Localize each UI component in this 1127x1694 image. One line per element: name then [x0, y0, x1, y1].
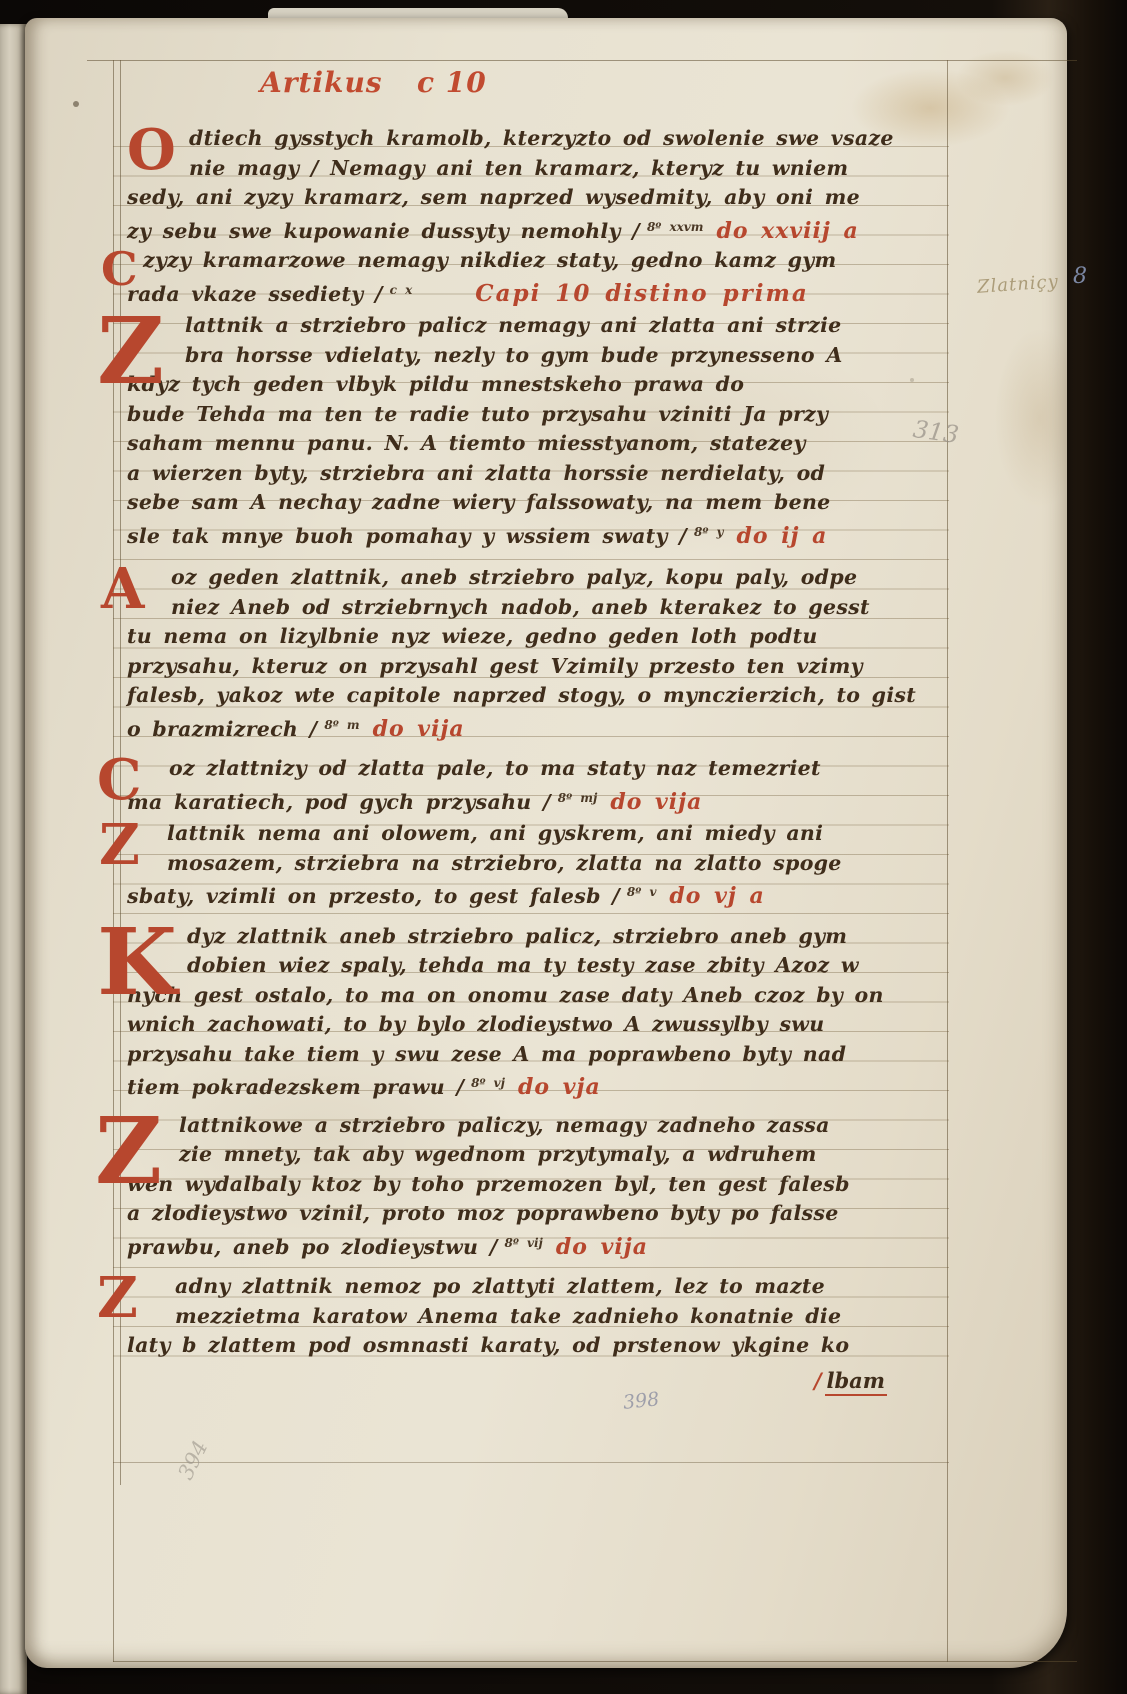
body-text: sebe sam A nechay zadne wiery falssowaty…	[127, 490, 831, 514]
illuminated-initial: K	[97, 916, 177, 1008]
paragraph: Zlattnik a strziebro palicz nemagy ani z…	[127, 311, 951, 547]
interlinear-note: c x	[390, 283, 413, 297]
under-page-edge	[0, 24, 27, 1694]
red-citation: do xxviij a	[716, 218, 858, 244]
body-text: tiem pokradezskem prawu /	[127, 1075, 464, 1099]
text-line: rada vkaze ssediety /c xCapi 10 distino …	[127, 276, 951, 306]
ink-speck	[73, 101, 79, 107]
body-text: bude Tehda ma ten te radie tuto przysahu…	[127, 402, 828, 426]
text-line: kdyz tych geden vlbyk pildu mnestskeho p…	[127, 370, 951, 400]
text-line: sbaty, vzimli on przesto, to gest falesb…	[127, 878, 951, 908]
paragraph: Zlattnik nema ani olowem, ani gyskrem, a…	[127, 819, 951, 908]
body-text: zyzy kramarzowe nemagy nikdiez staty, ge…	[143, 248, 837, 272]
pencil-number-bottom-center: 398	[622, 1388, 660, 1414]
frame-line-bottom	[113, 1661, 1077, 1662]
body-text: bra horsse vdielaty, nezly to gym bude p…	[185, 343, 843, 367]
red-citation: do vj a	[669, 883, 764, 909]
illuminated-initial: Z	[95, 1105, 162, 1197]
frame-line-lower	[113, 1462, 949, 1463]
body-text: kdyz tych geden vlbyk pildu mnestskeho p…	[127, 372, 744, 396]
illuminated-initial: Z	[97, 305, 164, 397]
interlinear-note: 8º m	[324, 718, 359, 732]
text-line: dtiech gysstych kramolb, kterzyzto od sw…	[127, 124, 951, 154]
body-text: dobien wiez spaly, tehda ma ty testy zas…	[187, 953, 859, 977]
text-line: sebe sam A nechay zadne wiery falssowaty…	[127, 488, 951, 518]
text-line: oz geden zlattnik, aneb strziebro palyz,…	[127, 563, 951, 593]
text-line: nie magy / Nemagy ani ten kramarz, ktery…	[127, 154, 951, 184]
body-text: mezzietma karatow Anema take zadnieho ko…	[175, 1304, 841, 1328]
body-text: nie magy / Nemagy ani ten kramarz, ktery…	[189, 156, 848, 180]
text-line: tu nema on lizylbnie nyz wieze, gedno ge…	[127, 622, 951, 652]
text-line: lattnik a strziebro palicz nemagy ani zl…	[127, 311, 951, 341]
catchword: /lbam	[127, 1366, 887, 1396]
red-citation: do vija	[373, 716, 465, 742]
body-text: a wierzen byty, strziebra ani zlatta hor…	[127, 461, 825, 485]
body-text: sbaty, vzimli on przesto, to gest falesb…	[127, 884, 620, 908]
body-text: przysahu take tiem y swu zese A ma popra…	[127, 1042, 846, 1066]
red-citation: do vija	[556, 1234, 648, 1260]
body-text: lattnikowe a strziebro paliczy, nemagy z…	[179, 1113, 830, 1137]
body-text: oz geden zlattnik, aneb strziebro palyz,…	[171, 565, 857, 589]
text-line: a zlodieystwo vzinil, proto moz poprawbe…	[127, 1199, 951, 1229]
body-text: prawbu, aneb po zlodieystwu /	[127, 1235, 498, 1259]
manuscript-photo: Artikus c 10 Odtiech gysstych kramolb, k…	[0, 0, 1127, 1694]
body-text: zy sebu swe kupowanie dussyty nemohly /	[127, 219, 640, 243]
body-text: dtiech gysstych kramolb, kterzyzto od sw…	[189, 126, 894, 150]
body-text: adny zlattnik nemoz po zlattyti zlattem,…	[175, 1274, 825, 1298]
text-line: mezzietma karatow Anema take zadnieho ko…	[127, 1302, 951, 1332]
text-line: przysahu take tiem y swu zese A ma popra…	[127, 1040, 951, 1070]
paragraph: Kdyz zlattnik aneb strziebro palicz, str…	[127, 922, 951, 1099]
text-line: sle tak mnye buoh pomahay y wssiem swaty…	[127, 518, 951, 548]
text-line: bra horsse vdielaty, nezly to gym bude p…	[127, 341, 951, 371]
illuminated-initial: C	[97, 752, 142, 808]
text-line: laty b zlattem pod osmnasti karaty, od p…	[127, 1331, 951, 1361]
ink-speck	[910, 378, 914, 382]
body-text: lattnik nema ani olowem, ani gyskrem, an…	[167, 821, 823, 845]
paragraph: Czyzy kramarzowe nemagy nikdiez staty, g…	[127, 246, 951, 305]
illuminated-initial: C	[101, 246, 138, 292]
paragraph: Coz zlattnizy od zlatta pale, to ma stat…	[127, 754, 951, 813]
body-text: rada vkaze ssediety /	[127, 282, 383, 306]
text-line: adny zlattnik nemoz po zlattyti zlattem,…	[127, 1272, 951, 1302]
body-text: oz zlattnizy od zlatta pale, to ma staty…	[169, 756, 821, 780]
paragraph: Zadny zlattnik nemoz po zlattyti zlattem…	[127, 1272, 951, 1361]
body-text: niez Aneb od strziebrnych nadob, aneb kt…	[171, 595, 870, 619]
body-text: saham mennu panu. N. A tiemto miesstyano…	[127, 431, 806, 455]
body-text: dyz zlattnik aneb strziebro palicz, strz…	[187, 924, 847, 948]
text-line: niez Aneb od strziebrnych nadob, aneb kt…	[127, 593, 951, 623]
paragraph: Aoz geden zlattnik, aneb strziebro palyz…	[127, 563, 951, 740]
text-line: lattnikowe a strziebro paliczy, nemagy z…	[127, 1111, 951, 1141]
illuminated-initial: Z	[97, 1270, 138, 1326]
body-text: wen wydalbaly ktoz by toho przemozen byl…	[127, 1172, 850, 1196]
illuminated-initial: A	[101, 561, 144, 617]
body-text: mosazem, strziebra na strziebro, zlatta …	[167, 851, 842, 875]
body-text: sle tak mnye buoh pomahay y wssiem swaty…	[127, 524, 687, 548]
illuminated-initial: Z	[99, 817, 140, 873]
red-citation: do vja	[518, 1074, 601, 1100]
text-line: falesb, yakoz wte capitole naprzed stogy…	[127, 681, 951, 711]
text-line: dobien wiez spaly, tehda ma ty testy zas…	[127, 951, 951, 981]
frame-line-top	[87, 60, 1077, 61]
text-line: zie mnety, tak aby wgednom przytymaly, a…	[127, 1140, 951, 1170]
red-citation: do ij a	[736, 523, 827, 549]
text-line: saham mennu panu. N. A tiemto miesstyano…	[127, 429, 951, 459]
body-text: laty b zlattem pod osmnasti karaty, od p…	[127, 1333, 849, 1357]
text-line: przysahu, kteruz on przysahl gest Vzimil…	[127, 652, 951, 682]
paragraph: Odtiech gysstych kramolb, kterzyzto od s…	[127, 124, 951, 242]
body-text: przysahu, kteruz on przysahl gest Vzimil…	[127, 654, 863, 678]
body-text: falesb, yakoz wte capitole naprzed stogy…	[127, 683, 916, 707]
body-text: tu nema on lizylbnie nyz wieze, gedno ge…	[127, 624, 818, 648]
text-line: nych gest ostalo, to ma on onomu zase da…	[127, 981, 951, 1011]
body-text: nych gest ostalo, to ma on onomu zase da…	[127, 983, 884, 1007]
text-line: a wierzen byty, strziebra ani zlatta hor…	[127, 459, 951, 489]
text-line: ma karatiech, pod gych przysahu /8º mjdo…	[127, 784, 951, 814]
text-line: zy sebu swe kupowanie dussyty nemohly /8…	[127, 213, 951, 243]
interlinear-note: 8º xxvm	[647, 220, 704, 234]
chapter-rubric: Capi 10 distino prima	[475, 280, 808, 307]
text-line: dyz zlattnik aneb strziebro palicz, strz…	[127, 922, 951, 952]
running-header-folio: c 10	[417, 66, 487, 99]
body-text: sedy, ani zyzy kramarz, sem naprzed wyse…	[127, 185, 860, 209]
text-line: bude Tehda ma ten te radie tuto przysahu…	[127, 400, 951, 430]
text-line: oz zlattnizy od zlatta pale, to ma staty…	[127, 754, 951, 784]
body-text: a zlodieystwo vzinil, proto moz poprawbe…	[127, 1201, 839, 1225]
text-line: o brazmizrech /8º mdo vija	[127, 711, 951, 741]
text-line: lattnik nema ani olowem, ani gyskrem, an…	[127, 819, 951, 849]
catchword-text: lbam	[825, 1368, 888, 1396]
margin-gloss: Zlatniçy	[976, 271, 1059, 298]
interlinear-note: 8º mj	[558, 791, 598, 805]
catchword-slash-mark: /	[814, 1368, 822, 1393]
body-text: o brazmizrech /	[127, 717, 317, 741]
text-line: zyzy kramarzowe nemagy nikdiez staty, ge…	[127, 246, 951, 276]
text-line: sedy, ani zyzy kramarz, sem naprzed wyse…	[127, 183, 951, 213]
body-text: lattnik a strziebro palicz nemagy ani zl…	[185, 313, 842, 337]
margin-gloss-number: 8	[1073, 264, 1087, 289]
interlinear-note: 8º y	[694, 525, 724, 539]
running-header-title: Artikus	[260, 66, 383, 99]
manuscript-page: Artikus c 10 Odtiech gysstych kramolb, k…	[25, 18, 1067, 1668]
interlinear-note: 8º vj	[471, 1076, 505, 1090]
text-block: Odtiech gysstych kramolb, kterzyzto od s…	[127, 124, 951, 1361]
paragraph: Zlattnikowe a strziebro paliczy, nemagy …	[127, 1111, 951, 1259]
text-line: tiem pokradezskem prawu /8º vjdo vja	[127, 1069, 951, 1099]
interlinear-note: 8º v	[627, 885, 657, 899]
text-line: prawbu, aneb po zlodieystwu /8º vijdo vi…	[127, 1229, 951, 1259]
text-line: mosazem, strziebra na strziebro, zlatta …	[127, 849, 951, 879]
pencil-number-bottom-left: 394	[173, 1437, 212, 1484]
illuminated-initial: O	[127, 122, 176, 178]
body-text: wnich zachowati, to by bylo zlodieystwo …	[127, 1012, 824, 1036]
text-line: wnich zachowati, to by bylo zlodieystwo …	[127, 1010, 951, 1040]
body-text: zie mnety, tak aby wgednom przytymaly, a…	[179, 1142, 817, 1166]
red-citation: do vija	[610, 789, 702, 815]
body-text: ma karatiech, pod gych przysahu /	[127, 790, 551, 814]
text-line: wen wydalbaly ktoz by toho przemozen byl…	[127, 1170, 951, 1200]
interlinear-note: 8º vij	[505, 1236, 543, 1250]
